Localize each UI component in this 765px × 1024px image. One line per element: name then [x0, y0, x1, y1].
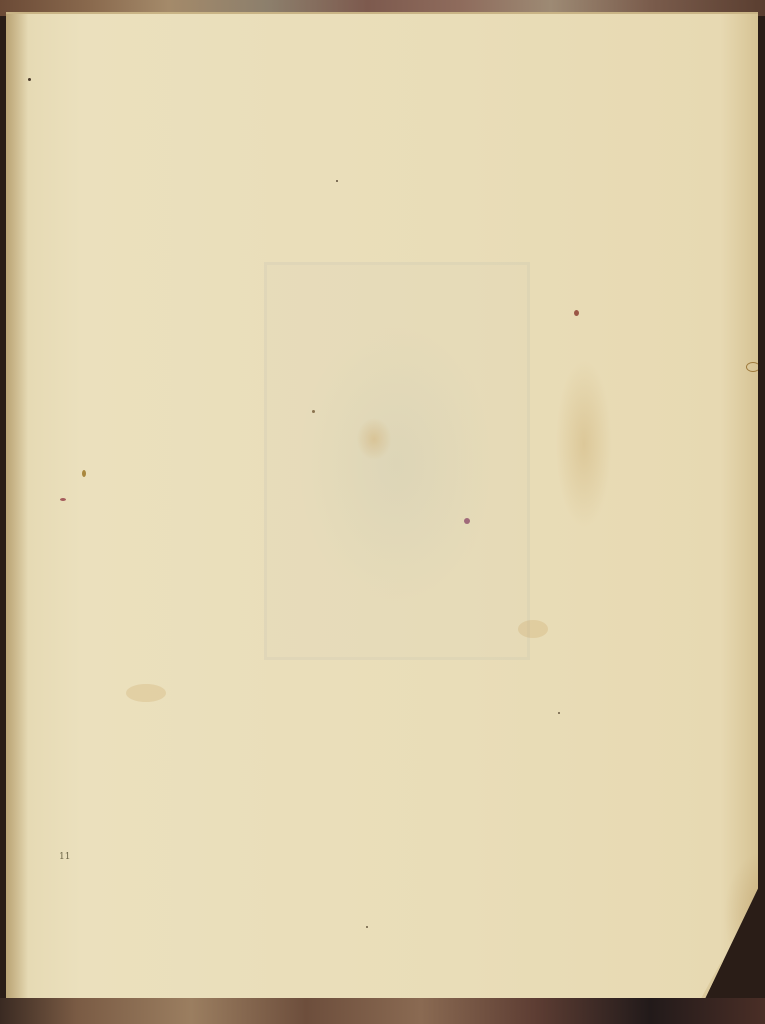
- foxing-spot: [558, 712, 560, 714]
- book-binding-bottom: [0, 998, 765, 1024]
- show-through-print-frame: [264, 262, 530, 660]
- foxing-spot: [336, 180, 338, 182]
- foxing-spot: [60, 498, 66, 501]
- foxing-spot: [28, 78, 31, 81]
- foxing-spot: [574, 310, 579, 316]
- foxing-spot: [82, 470, 86, 477]
- paper-page: 11: [6, 12, 758, 1008]
- foxing-spot: [312, 410, 315, 413]
- foxing-spot: [126, 684, 166, 702]
- ink-curl-mark: [746, 362, 760, 372]
- foxing-spot: [366, 926, 368, 928]
- foxing-spot: [464, 518, 470, 524]
- foxing-spot: [518, 620, 548, 638]
- margin-mark: 11: [59, 852, 70, 862]
